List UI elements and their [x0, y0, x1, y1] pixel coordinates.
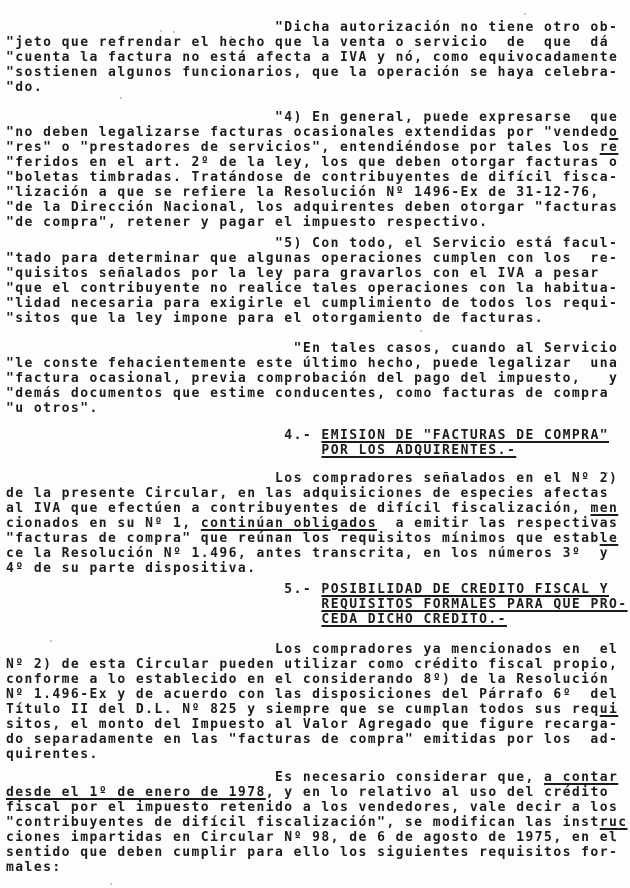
text-line: "de compra", retener y pagar el impuesto…	[6, 215, 626, 230]
text-line: "no deben legalizarse facturas ocasional…	[6, 125, 626, 140]
scan-speck	[614, 840, 616, 842]
text-line: "de la Dirección Nacional, los adquirent…	[6, 200, 626, 215]
text-line: desde el 1º de enero de 1978, y en lo re…	[6, 785, 626, 800]
text-line: CEDA DICHO CREDITO.-	[6, 612, 626, 627]
text-line: ce la Resolución Nº 1.496, antes transcr…	[6, 546, 626, 561]
text-line: ciones impartidas en Circular Nº 98, de …	[6, 830, 626, 845]
text-line: sentido que deben cumplir para ello los …	[6, 845, 626, 860]
scan-speck	[300, 478, 302, 480]
section-5-heading: 5.- POSIBILIDAD DE CREDITO FISCAL Y REQU…	[6, 582, 626, 627]
section-4-heading: 4.- EMISION DE "FACTURAS DE COMPRA" POR …	[6, 428, 626, 458]
text-line: do separadamente en las "facturas de com…	[6, 732, 626, 747]
text-line: "sitos que la ley impone para el otorgam…	[6, 311, 626, 326]
text-line: "do.	[6, 80, 626, 95]
text-line: al IVA que efectúen a contribuyentes de …	[6, 501, 626, 516]
scan-speck	[567, 236, 569, 238]
text-line: Es necesario considerar que, a contar	[6, 770, 626, 785]
text-line: "lización a que se refiere la Resolución…	[6, 185, 626, 200]
text-line: "sostienen algunos funcionarios, que la …	[6, 65, 626, 80]
text-line: Nº 2) de esta Circular pueden utilizar c…	[6, 657, 626, 672]
text-line: Los compradores ya mencionados en el	[6, 642, 626, 657]
text-line: "u otros".	[6, 401, 626, 416]
text-line: Los compradores señalados en el Nº 2)	[6, 471, 626, 486]
text-line: Nº 1.496-Ex y de acuerdo con las disposi…	[6, 687, 626, 702]
quoted-paragraph-2: "4) En general, puede expresarse que"no …	[6, 110, 626, 230]
scan-speck	[160, 30, 162, 32]
text-line: "Dicha autorización no tiene otro ob-	[6, 20, 626, 35]
text-line: Título II del D.L. Nº 825 y siempre que …	[6, 702, 626, 717]
text-line: "feridos en el art. 2º de la ley, los qu…	[6, 155, 626, 170]
section-4-paragraph: Los compradores señalados en el Nº 2)de …	[6, 471, 626, 576]
text-line: quirentes.	[6, 747, 626, 762]
section-5-paragraph-1: Los compradores ya mencionados en elNº 2…	[6, 642, 626, 762]
text-line: "5) Con todo, el Servicio está facul-	[6, 236, 626, 251]
text-line: fiscal por el impuesto retenido a los ve…	[6, 800, 626, 815]
text-line: "quisitos señalados por la ley para grav…	[6, 266, 626, 281]
scan-speck	[120, 97, 122, 99]
scan-speck	[420, 330, 422, 332]
text-line: "facturas de compra" que reúnan los requ…	[6, 531, 626, 546]
quoted-paragraph-1: "Dicha autorización no tiene otro ob-"je…	[6, 20, 626, 95]
scan-speck	[110, 883, 112, 885]
text-line: de la presente Circular, en las adquisic…	[6, 486, 626, 501]
text-line: "boletas timbradas. Tratándose de contri…	[6, 170, 626, 185]
text-line: POR LOS ADQUIRENTES.-	[6, 443, 626, 458]
text-line: "demás documentos que estime conducentes…	[6, 386, 626, 401]
text-line: "res" o "prestadores de servicios", ente…	[6, 140, 626, 155]
text-line: "factura ocasional, previa comprobación …	[6, 371, 626, 386]
text-line: "jeto que refrendar el hecho que la vent…	[6, 35, 626, 50]
text-line: conforme a lo establecido en el consider…	[6, 672, 626, 687]
text-line: cionados en su Nº 1, continúan obligados…	[6, 516, 626, 531]
text-line: REQUISITOS FORMALES PARA QUE PRO-	[6, 597, 626, 612]
text-line: "contribuyentes de difícil fiscalización…	[6, 815, 626, 830]
text-line: "le conste fehacientemente este último h…	[6, 356, 626, 371]
text-line: 4.- EMISION DE "FACTURAS DE COMPRA"	[6, 428, 626, 443]
text-line: 5.- POSIBILIDAD DE CREDITO FISCAL Y	[6, 582, 626, 597]
document-page: "Dicha autorización no tiene otro ob-"je…	[0, 0, 630, 888]
scan-speck	[524, 13, 526, 15]
text-line: "tado para determinar que algunas operac…	[6, 251, 626, 266]
section-5-paragraph-2: Es necesario considerar que, a contardes…	[6, 770, 626, 875]
scan-speck	[606, 472, 608, 474]
text-line: "En tales casos, cuando al Servicio	[6, 341, 626, 356]
text-line: males:	[6, 860, 626, 875]
quoted-paragraph-4: "En tales casos, cuando al Servicio"le c…	[6, 341, 626, 416]
scan-speck	[173, 31, 175, 33]
text-line: "lidad necesaria para exigirle el cumpli…	[6, 296, 626, 311]
quoted-paragraph-3: "5) Con todo, el Servicio está facul-"ta…	[6, 236, 626, 326]
text-line: "que el contribuyente no realice tales o…	[6, 281, 626, 296]
text-line: sitos, el monto del Impuesto al Valor Ag…	[6, 717, 626, 732]
text-line: "cuenta la factura no está afecta a IVA …	[6, 50, 626, 65]
scan-speck	[230, 36, 232, 38]
text-line: 4º de su parte dispositiva.	[6, 561, 626, 576]
document-content: "Dicha autorización no tiene otro ob-"je…	[6, 20, 626, 875]
text-line: "4) En general, puede expresarse que	[6, 110, 626, 125]
scan-speck	[50, 640, 52, 642]
